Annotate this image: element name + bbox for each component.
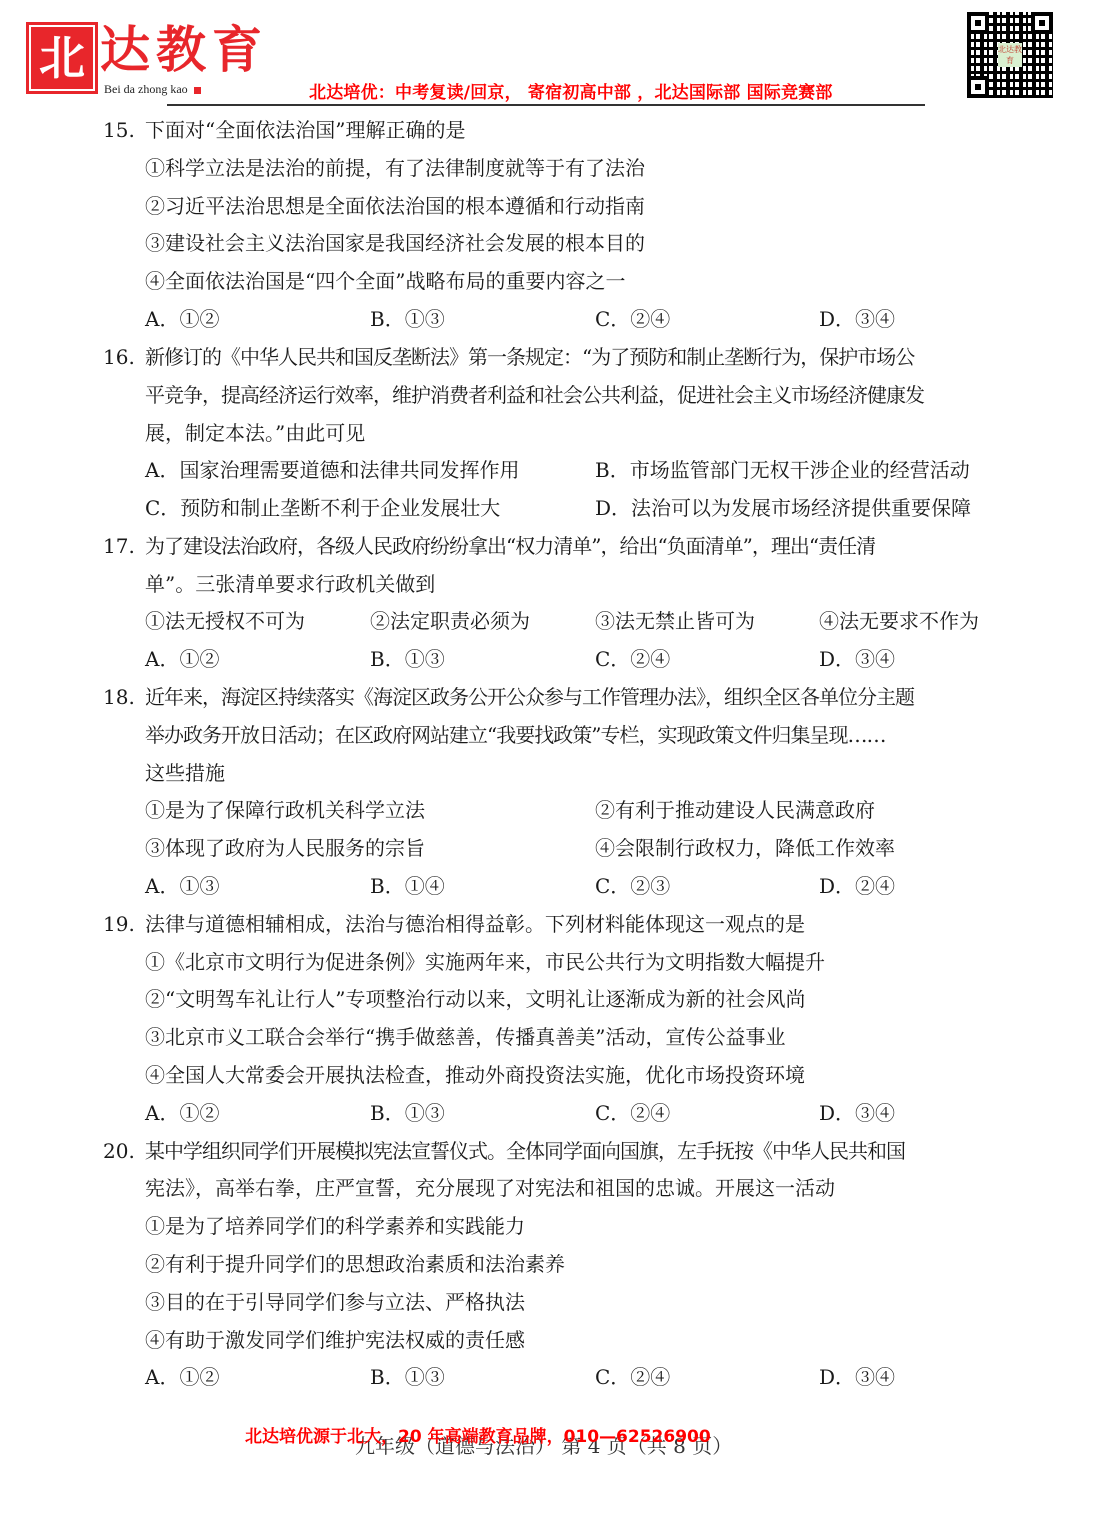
option-a: A．国家治理需要道德和法律共同发挥作用 — [145, 458, 519, 482]
option-a: A．①② — [145, 1365, 219, 1389]
page-header: 北 达教育 Bei da zhong kao 北达培优：中考复读/回京， 寄宿初… — [0, 0, 1093, 110]
logo-seal-icon: 北 — [26, 22, 98, 94]
question-number: 15. — [103, 118, 135, 142]
option-c: C．预防和制止垄断不利于企业发展壮大 — [145, 496, 500, 520]
logo-subtitle: Bei da zhong kao — [104, 82, 201, 97]
option-a: A．①② — [145, 1101, 219, 1125]
option-d: D．③④ — [819, 1101, 895, 1125]
question-stem: 平竞争，提高经济运行效率，维护消费者利益和社会公共利益，促进社会主义市场经济健康… — [145, 383, 924, 407]
option-b: B．①③ — [370, 307, 445, 331]
question-stem: 展，制定本法。”由此可见 — [145, 421, 365, 445]
option-d: D．②④ — [819, 874, 895, 898]
question-number: 20. — [103, 1139, 135, 1163]
option-c: C．②④ — [595, 307, 670, 331]
statement: ③法无禁止皆可为 — [595, 609, 755, 633]
statement: ①是为了培养同学们的科学素养和实践能力 — [145, 1214, 525, 1238]
statement: ①法无授权不可为 — [145, 609, 305, 633]
question-stem: 举办政务开放日活动；在区政府网站建立“我要找政策”专栏，实现政策文件归集呈现…… — [145, 723, 885, 747]
question-stem: 新修订的《中华人民共和国反垄断法》第一条规定：“为了预防和制止垄断行为，保护市场… — [145, 345, 914, 369]
red-square-icon — [194, 87, 201, 94]
statement: ④有助于激发同学们维护宪法权威的责任感 — [145, 1328, 525, 1352]
question-number: 17. — [103, 534, 135, 558]
option-b: B．①③ — [370, 647, 445, 671]
question-stem: 单”。三张清单要求行政机关做到 — [145, 572, 435, 596]
footer-promo: 北达培优源于北大，20 年高端教育品牌，010—62526900 — [245, 1422, 711, 1447]
statement: ①科学立法是法治的前提，有了法律制度就等于有了法治 — [145, 156, 645, 180]
option-d: D．③④ — [819, 1365, 895, 1389]
question-stem: 这些措施 — [145, 761, 225, 785]
option-c: C．②④ — [595, 1365, 670, 1389]
statement: ④全国人大常委会开展执法检查，推动外商投资法实施，优化市场投资环境 — [145, 1063, 805, 1087]
question-stem: 近年来，海淀区持续落实《海淀区政务公开公众参与工作管理办法》，组织全区各单位分主… — [145, 685, 914, 709]
option-c: C．②④ — [595, 647, 670, 671]
question-stem: 某中学组织同学们开展模拟宪法宣誓仪式。全体同学面向国旗，左手抚按《中华人民共和国 — [145, 1139, 905, 1163]
option-d: D．法治可以为发展市场经济提供重要保障 — [595, 496, 971, 520]
statement: ①是为了保障行政机关科学立法 — [145, 798, 425, 822]
question-stem: 为了建设法治政府，各级人民政府纷纷拿出“权力清单”，给出“负面清单”，理出“责任… — [145, 534, 875, 558]
logo-text: 达教育 — [100, 20, 268, 80]
option-d: D．③④ — [819, 647, 895, 671]
header-slogan: 北达培优：中考复读/回京， 寄宿初高中部 ，北达国际部 国际竞赛部 — [309, 78, 833, 103]
statement: ②有利于提升同学们的思想政治素质和法治素养 — [145, 1252, 565, 1276]
option-b: B．①③ — [370, 1101, 445, 1125]
question-stem: 下面对“全面依法治国”理解正确的是 — [145, 118, 465, 142]
statement: ②“文明驾车礼让行人”专项整治行动以来，文明礼让逐渐成为新的社会风尚 — [145, 987, 805, 1011]
option-c: C．②③ — [595, 874, 670, 898]
qr-center-label: 北达教育 — [998, 43, 1022, 67]
question-number: 16. — [103, 345, 135, 369]
question-stem: 宪法》，高举右拳，庄严宣誓，充分展现了对宪法和祖国的忠诚。开展这一活动 — [145, 1176, 835, 1200]
option-c: C．②④ — [595, 1101, 670, 1125]
option-d: D．③④ — [819, 307, 895, 331]
statement: ①《北京市文明行为促进条例》实施两年来，市民公共行为文明指数大幅提升 — [145, 950, 825, 974]
statement: ③目的在于引导同学们参与立法、严格执法 — [145, 1290, 525, 1314]
statement: ③体现了政府为人民服务的宗旨 — [145, 836, 425, 860]
statement: ④全面依法治国是“四个全面”战略布局的重要内容之一 — [145, 269, 625, 293]
option-b: B．市场监管部门无权干涉企业的经营活动 — [595, 458, 970, 482]
option-b: B．①④ — [370, 874, 445, 898]
header-divider — [167, 104, 925, 106]
option-a: A．①② — [145, 307, 219, 331]
statement: ②有利于推动建设人民满意政府 — [595, 798, 875, 822]
qr-code-icon: 北达教育 — [967, 12, 1053, 98]
question-stem: 法律与道德相辅相成，法治与德治相得益彰。下列材料能体现这一观点的是 — [145, 912, 805, 936]
question-number: 18. — [103, 685, 135, 709]
statement: ③建设社会主义法治国家是我国经济社会发展的根本目的 — [145, 231, 645, 255]
statement: ④会限制行政权力，降低工作效率 — [595, 836, 895, 860]
statement: ②习近平法治思想是全面依法治国的根本遵循和行动指南 — [145, 194, 645, 218]
option-a: A．①③ — [145, 874, 219, 898]
question-number: 19. — [103, 912, 135, 936]
statement: ④法无要求不作为 — [819, 609, 979, 633]
option-a: A．①② — [145, 647, 219, 671]
statement: ②法定职责必须为 — [370, 609, 530, 633]
statement: ③北京市义工联合会举行“携手做慈善，传播真善美”活动，宣传公益事业 — [145, 1025, 785, 1049]
option-b: B．①③ — [370, 1365, 445, 1389]
